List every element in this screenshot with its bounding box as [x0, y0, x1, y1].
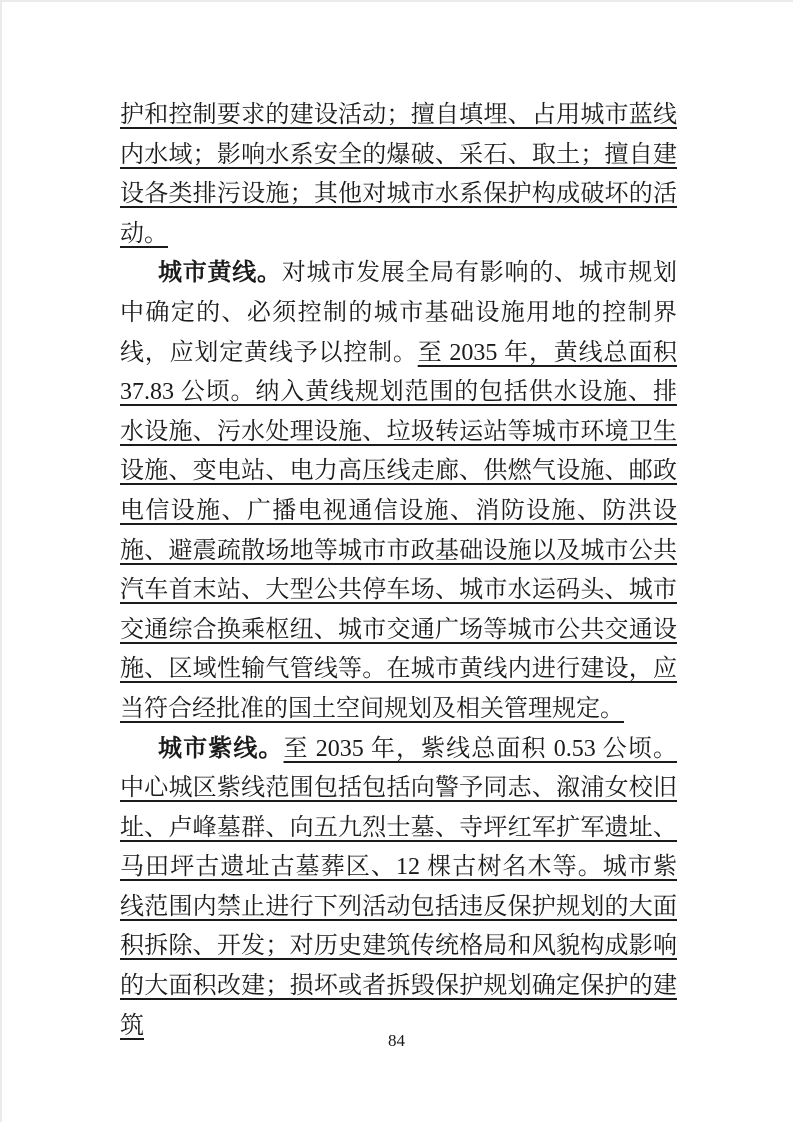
document-body: 护和控制要求的建设活动；擅自填埋、占用城市蓝线内水域；影响水系安全的爆破、采石、… — [120, 96, 677, 1046]
page-number: 84 — [0, 1031, 793, 1051]
text-segment: 至 2035 年，黄线总面积 37.83 公顷。纳入黄线规划范围的包括供水设施、… — [120, 340, 677, 722]
paragraph-yellow-line: 城市黄线。对城市发展全局有影响的、城市规划中确定的、必须控制的城市基础设施用地的… — [120, 254, 677, 729]
text-segment: 护和控制要求的建设活动；擅自填埋、占用城市蓝线内水域；影响水系安全的爆破、采石、… — [120, 102, 677, 247]
paragraph-purple-line: 城市紫线。至 2035 年，紫线总面积 0.53 公顷。中心城区紫线范围包括包括… — [120, 730, 677, 1047]
paragraph-blue-line-continuation: 护和控制要求的建设活动；擅自填埋、占用城市蓝线内水域；影响水系安全的爆破、采石、… — [120, 96, 677, 254]
document-page: 护和控制要求的建设活动；擅自填埋、占用城市蓝线内水域；影响水系安全的爆破、采石、… — [0, 0, 793, 1122]
text-segment: 至 2035 年，紫线总面积 0.53 公顷。中心城区紫线范围包括包括向警予同志… — [120, 736, 677, 1039]
text-segment: 城市紫线。 — [158, 736, 284, 762]
text-segment: 城市黄线。 — [158, 260, 282, 286]
